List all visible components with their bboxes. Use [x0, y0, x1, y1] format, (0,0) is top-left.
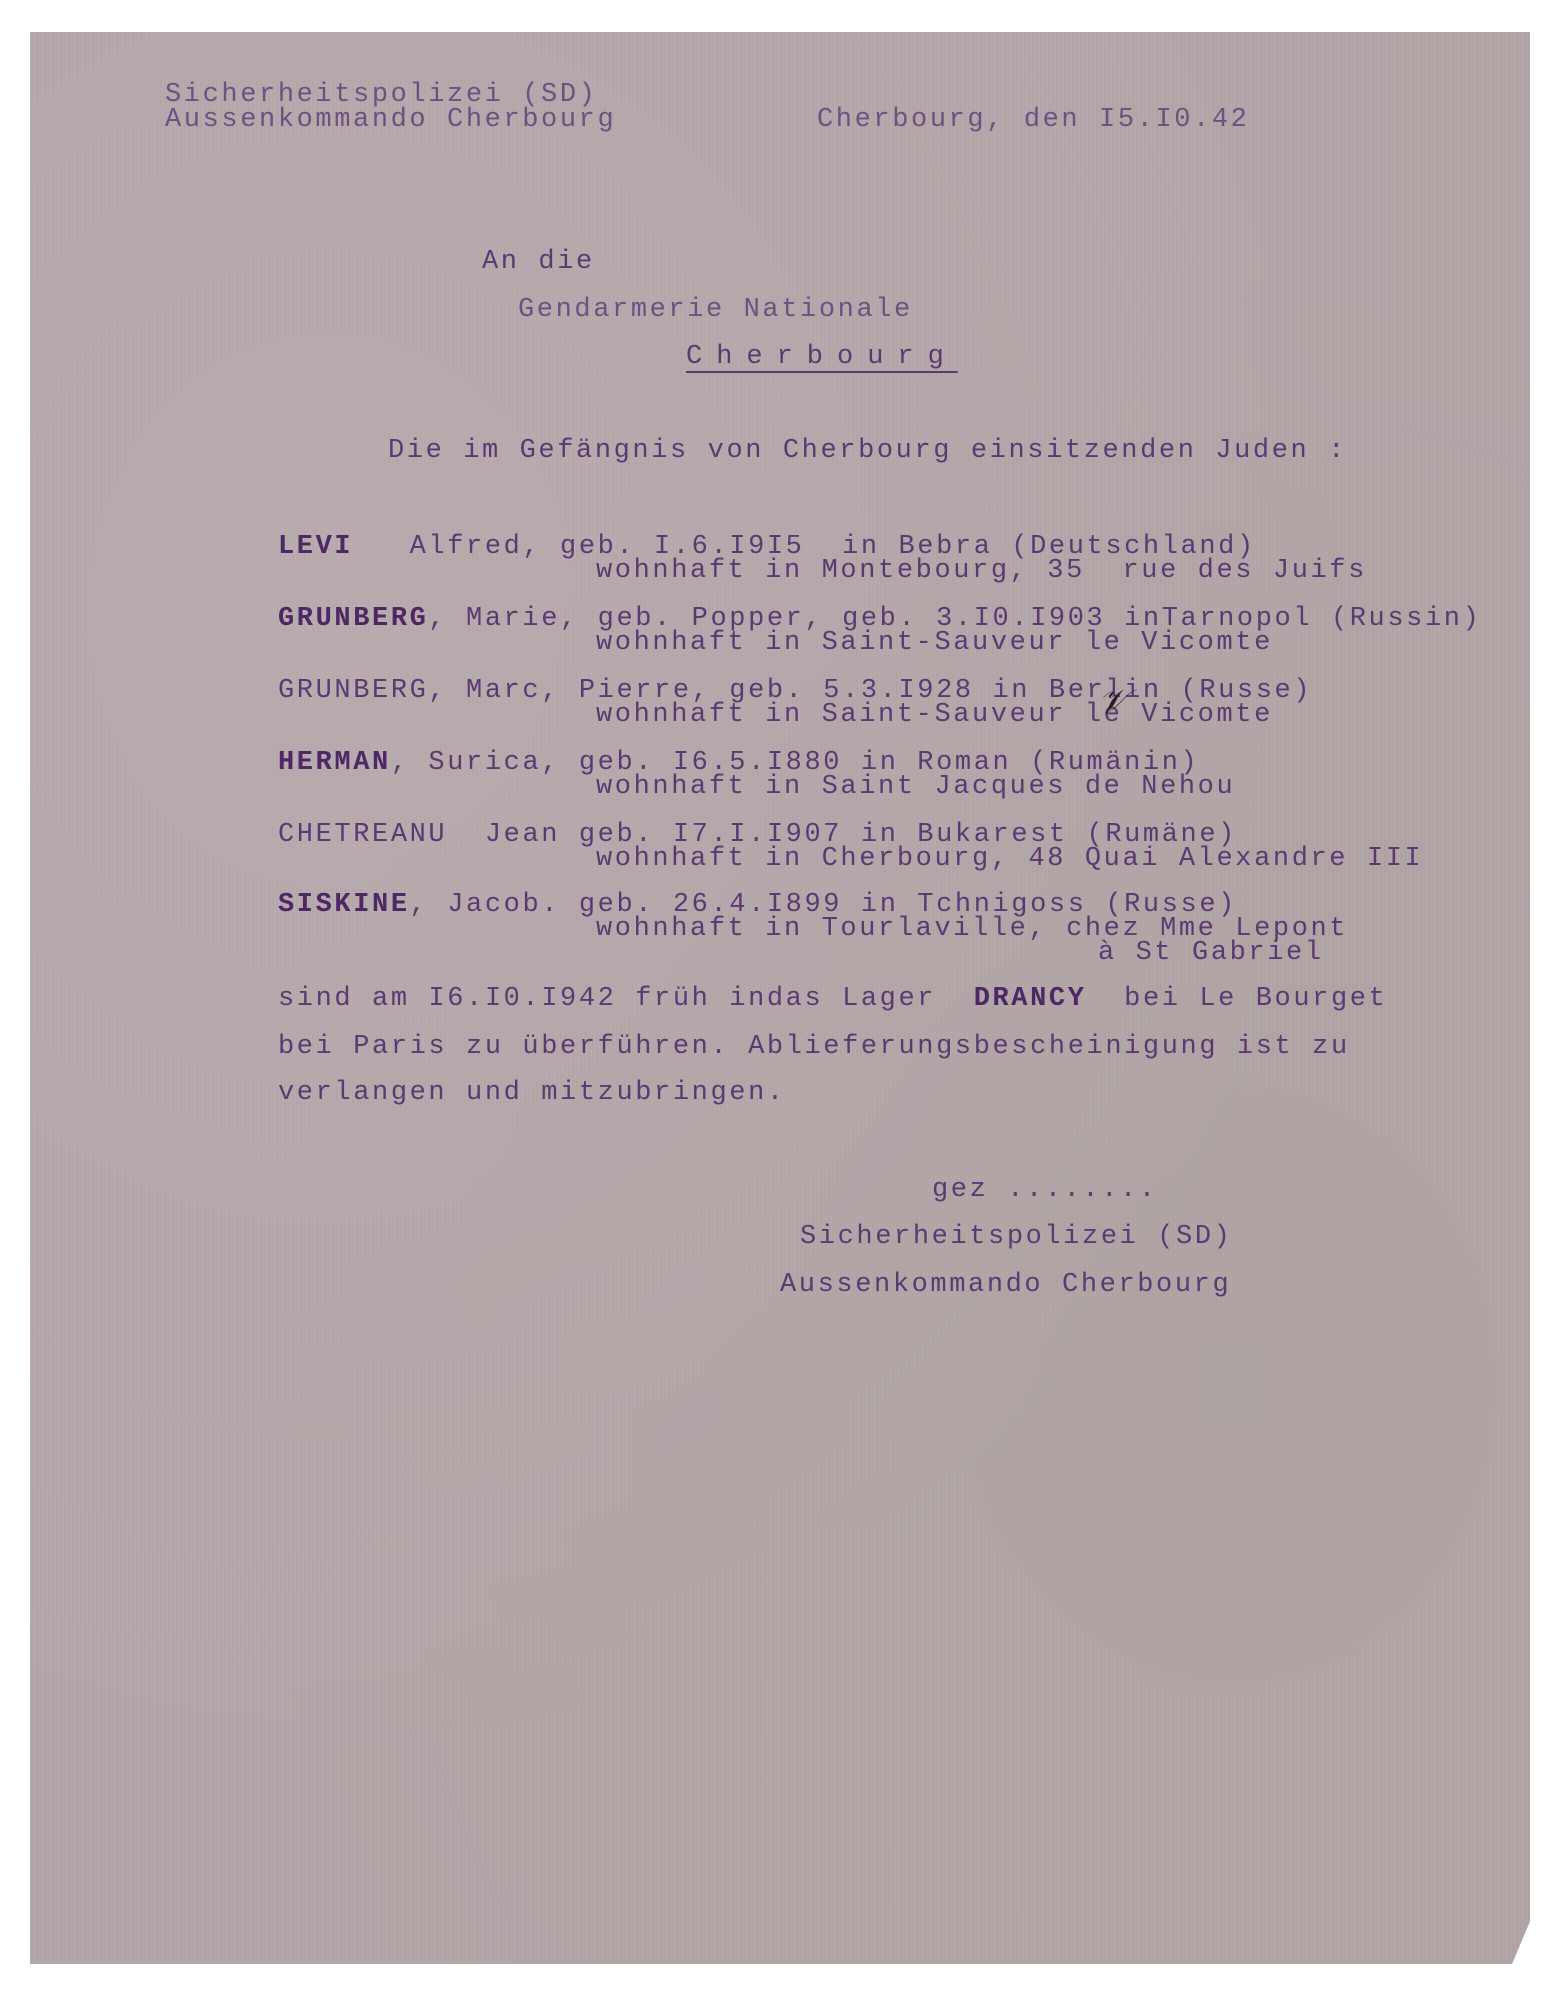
closing-line-2: bei Paris zu überführen. Ablieferungsbes… [278, 1032, 1350, 1062]
person-surname: GRUNBERG [278, 676, 428, 706]
person-residence: wohnhaft in Cherbourg, 48 Quai Alexandre… [596, 844, 1423, 874]
closing-text: bei Le Bourget [1087, 984, 1388, 1014]
person-surname: CHETREANU [278, 820, 447, 850]
person-surname: GRUNBERG [278, 604, 428, 634]
recipient-line-1: Gendarmerie Nationale [518, 295, 913, 325]
closing-text: sind am I6.I0.I942 früh indas Lager [278, 984, 974, 1014]
handwritten-correction-mark: 𝒱 [1098, 682, 1126, 722]
camp-name: DRANCY [974, 984, 1087, 1014]
person-surname: SISKINE [278, 890, 410, 920]
person-residence: wohnhaft in Saint Jacques de Nehou [596, 772, 1235, 802]
person-residence-line-2: à St Gabriel [1098, 938, 1324, 968]
closing-line-3: verlangen und mitzubringen. [278, 1078, 786, 1108]
recipient-salutation: An die [482, 247, 595, 277]
person-residence: wohnhaft in Montebourg, 35 rue des Juifs [596, 556, 1367, 586]
place-date: Cherbourg, den I5.I0.42 [817, 105, 1249, 135]
signature-gez: gez ........ [932, 1175, 1158, 1205]
person-residence: wohnhaft in Saint-Sauveur le Vicomte [596, 628, 1273, 658]
closing-line-1: sind am I6.I0.I942 früh indas Lager DRAN… [278, 984, 1387, 1014]
intro-line: Die im Gefängnis von Cherbourg einsitzen… [388, 436, 1347, 466]
signature-line-1: Sicherheitspolizei (SD) [800, 1222, 1232, 1252]
person-residence: wohnhaft in Saint-Sauveur le Vicomte [596, 700, 1273, 730]
person-surname: HERMAN [278, 748, 391, 778]
recipient-city: Cherbourg [686, 342, 958, 372]
person-surname: LEVI [278, 532, 353, 562]
signature-line-2: Aussenkommando Cherbourg [780, 1270, 1231, 1300]
sender-line-2: Aussenkommando Cherbourg [165, 105, 616, 135]
